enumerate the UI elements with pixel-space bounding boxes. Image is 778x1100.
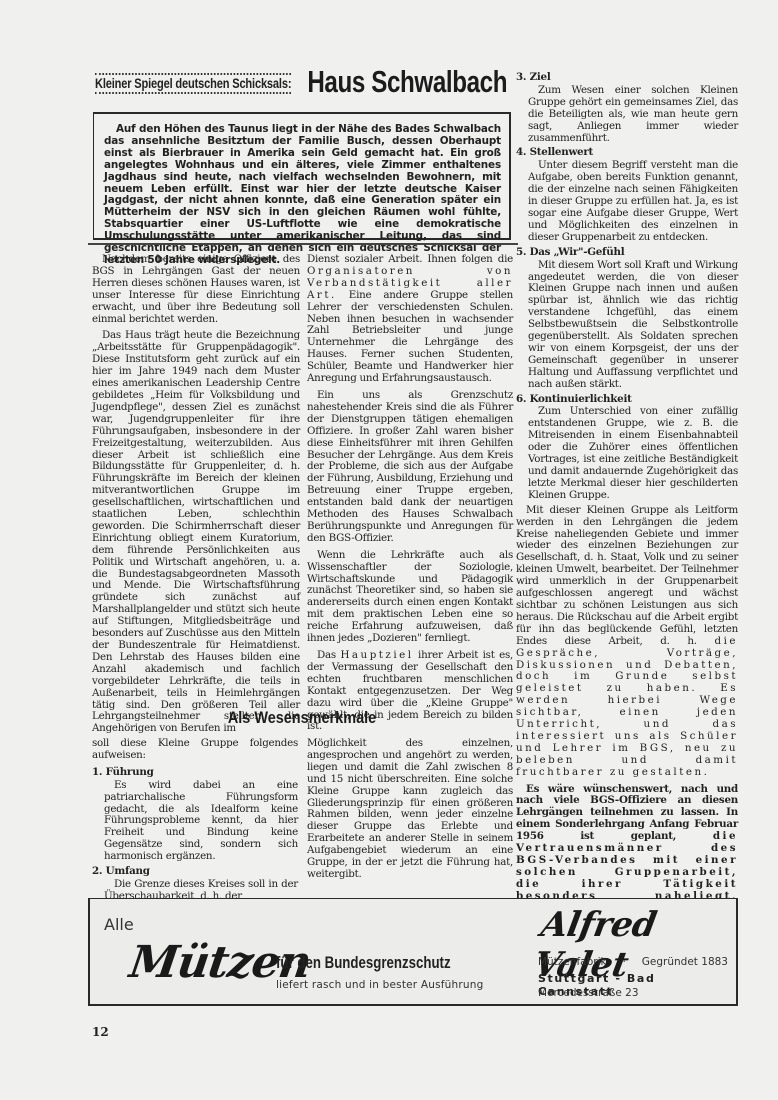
column-2-lower: Möglichkeit des einzelnen, angesprochen … <box>307 738 513 886</box>
item-body: Es wird dabei an eine patriarchalische F… <box>92 780 298 863</box>
paragraph: Dienst sozialer Arbeit. Ihnen folgen die… <box>307 254 513 385</box>
item-body: Zum Unterschied von einer zufällig entst… <box>516 406 738 501</box>
item-body: Mit diesem Wort soll Kraft und Wirkung a… <box>516 260 738 391</box>
item-body: Zum Wesen einer solchen Kleinen Gruppe g… <box>516 85 738 145</box>
ad-street: Mercedesstraße 23 <box>538 987 639 999</box>
advertisement: Alle Mützen für den Bundesgrenzschutz li… <box>88 898 738 1006</box>
ad-alle: Alle <box>104 915 134 934</box>
headline: Haus Schwalbach <box>307 64 507 100</box>
intro-box: Auf den Höhen des Taunus liegt in der Nä… <box>93 112 511 240</box>
item-title: 6. Kontinuierlichkeit <box>516 394 738 406</box>
item-title: 5. Das „Wir"-Gefühl <box>516 247 738 259</box>
item-title: 2. Umfang <box>92 866 298 878</box>
paragraph: Wenn die Lehrkräfte auch als Wissenschaf… <box>307 550 513 645</box>
column-2: Dienst sozialer Arbeit. Ihnen folgen die… <box>307 254 513 738</box>
paragraph: Nachdem bereits einige Offiziere des BGS… <box>92 254 300 325</box>
column-3: 3. Ziel Zum Wesen einer solchen Kleinen … <box>516 70 738 931</box>
item-title: 1. Führung <box>92 767 298 779</box>
page-number: 12 <box>92 1025 109 1039</box>
column-1: Nachdem bereits einige Offiziere des BGS… <box>92 254 300 740</box>
item-body: Unter diesem Begriff versteht man die Au… <box>516 160 738 243</box>
item-title: 3. Ziel <box>516 72 738 84</box>
column-1-lower: soll diese Kleine Gruppe folgendes aufwe… <box>92 738 298 906</box>
paragraph: Mit dieser Kleinen Gruppe als Leitform w… <box>516 505 738 779</box>
paragraph: Das Haus trägt heute die Bezeichnung „Ar… <box>92 330 300 735</box>
paragraph: Möglichkeit des einzelnen, angesprochen … <box>307 738 513 881</box>
section-lead: soll diese Kleine Gruppe folgendes aufwe… <box>92 738 298 762</box>
ad-subline: liefert rasch und in bester Ausführung <box>276 979 483 991</box>
ad-tagline: für den Bundesgrenzschutz <box>276 953 451 973</box>
paragraph: Ein uns als Grenzschutz nahestehender Kr… <box>307 390 513 545</box>
magazine-page: Kleiner Spiegel deutschen Schicksals: Ha… <box>0 0 778 1100</box>
paragraph: Es wäre wünschenswert, nach und nach vie… <box>516 784 738 915</box>
section-heading: Als Wesensmerkmale <box>124 708 481 728</box>
article-title: Kleiner Spiegel deutschen Schicksals: Ha… <box>95 64 507 102</box>
title-kicker: Kleiner Spiegel deutschen Schicksals: <box>95 73 291 94</box>
divider <box>88 243 518 245</box>
item-title: 4. Stellenwert <box>516 147 738 159</box>
intro-text: Auf den Höhen des Taunus liegt in der Nä… <box>104 124 501 267</box>
ad-company-line: Mützenfabrik · Gegründet 1883 <box>538 956 728 968</box>
